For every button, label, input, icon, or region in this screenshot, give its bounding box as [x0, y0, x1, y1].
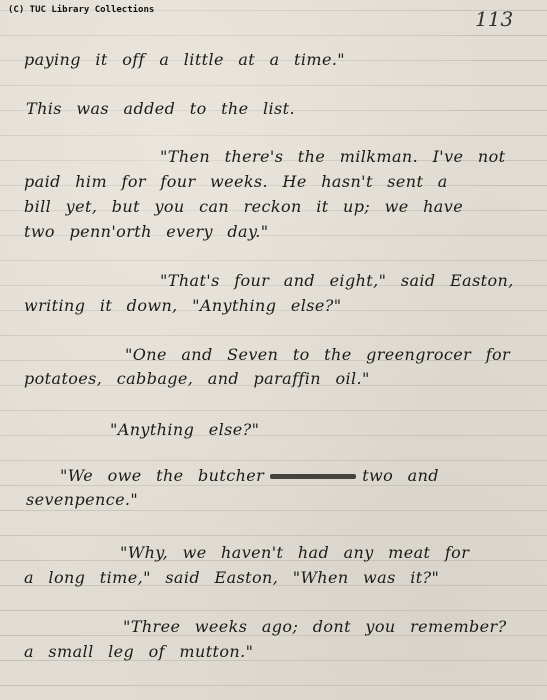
manuscript-line: "Why, we haven't had any meat for: [120, 543, 469, 562]
manuscript-line: paying it off a little at a time.": [24, 50, 345, 69]
manuscript-line: "Three weeks ago; dont you remember?: [123, 617, 507, 636]
manuscript-line: writing it down, "Anything else?": [24, 296, 341, 315]
manuscript-line: a long time," said Easton, "When was it?…: [24, 568, 439, 587]
manuscript-line: "Anything else?": [110, 420, 259, 439]
manuscript-line: potatoes, cabbage, and paraffin oil.": [24, 369, 370, 388]
manuscript-line: sevenpence.": [26, 490, 138, 509]
crossed-out-word: [270, 474, 356, 479]
manuscript-line: "We owe the butchertwo and: [60, 466, 439, 485]
copyright-watermark: (C) TUC Library Collections: [8, 5, 154, 15]
manuscript-line: bill yet, but you can reckon it up; we h…: [24, 197, 463, 216]
manuscript-page: (C) TUC Library Collections 113 paying i…: [0, 0, 547, 700]
manuscript-line: "Then there's the milkman. I've not: [160, 147, 505, 166]
line-text: two and: [362, 466, 439, 485]
manuscript-line: two penn'orth every day.": [24, 222, 269, 241]
manuscript-line: a small leg of mutton.": [24, 642, 253, 661]
manuscript-line: This was added to the list.: [26, 99, 295, 118]
manuscript-line: "That's four and eight," said Easton,: [160, 271, 514, 290]
line-text: "We owe the butcher: [60, 466, 264, 485]
manuscript-line: paid him for four weeks. He hasn't sent …: [24, 172, 448, 191]
manuscript-line: "One and Seven to the greengrocer for: [125, 345, 510, 364]
page-number: 113: [475, 7, 513, 31]
